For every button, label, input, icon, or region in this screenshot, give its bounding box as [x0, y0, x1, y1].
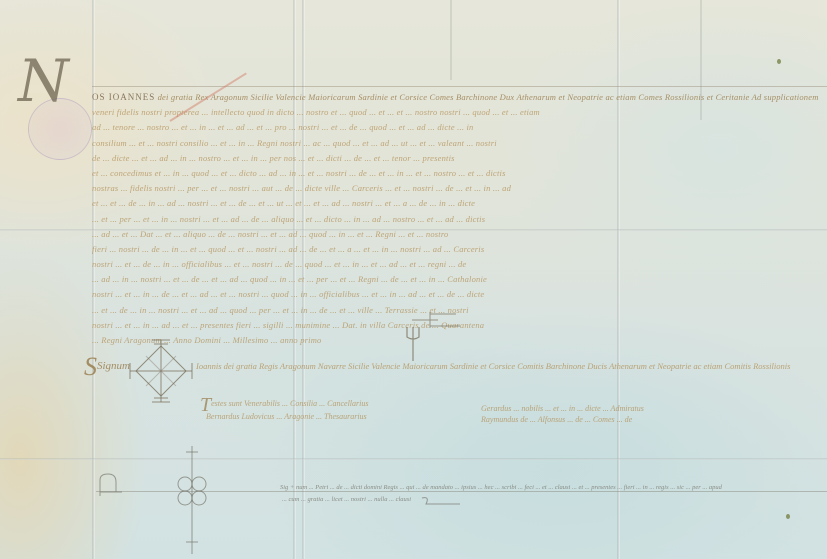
fold-line [0, 458, 827, 460]
text-line: nostras ... fidelis nostri ... per ... e… [92, 181, 827, 196]
decorated-initial: N [18, 52, 67, 110]
witness-list-right: Gerardus ... nobilis ... et ... in ... d… [481, 403, 644, 425]
text-line: ad ... tenore ... nostro ... et ... in .… [92, 120, 827, 135]
text-line: et ... et ... de ... in ... ad ... nostr… [92, 196, 827, 211]
crease [450, 0, 452, 80]
royal-signum-cross-icon [126, 336, 196, 406]
text-line: veneri fidelis nostri propterea ... inte… [92, 105, 827, 120]
flourish-icon [420, 494, 480, 508]
trident-mark-icon [403, 323, 423, 363]
notary-mark-icon [96, 470, 126, 500]
ink-stain [786, 514, 790, 519]
text-line: fieri ... nostri ... de ... in ... et ..… [92, 242, 827, 257]
notarial-knot-signum-icon [170, 446, 214, 556]
signum-label: SSignum [84, 352, 130, 382]
text-line: nostri ... et ... in ... de ... et ... a… [92, 287, 827, 302]
ink-stain [777, 59, 781, 64]
signum-initial: S [84, 352, 97, 381]
text-line: de ... dicte ... et ... ad ... in ... no… [92, 151, 827, 166]
signum-text: Ioannis dei gratia Regis Aragonum Navarr… [196, 361, 826, 371]
text-line: ... et ... per ... et ... in ... nostri … [92, 212, 827, 227]
text-line: OS IOANNES dei gratia Rex Aragonum Sicil… [92, 90, 827, 105]
text-line: ... ad ... in ... nostri ... et ... de .… [92, 272, 827, 287]
intitulatio: OS IOANNES [92, 92, 155, 102]
witness-list-left: Testes sunt Venerabilis ... Consilia ...… [200, 398, 368, 422]
text-line: nostri ... et ... de ... in ... official… [92, 257, 827, 272]
parchment-charter: N OS IOANNES dei gratia Rex Aragonum Sic… [0, 0, 827, 559]
text-line: et ... concedimus et ... in ... quod ...… [92, 166, 827, 181]
ruling-line [92, 86, 827, 87]
text-line: ... ad ... et ... Dat ... et ... aliquo … [92, 227, 827, 242]
text-line: consilium ... et ... nostri consilio ...… [92, 136, 827, 151]
notarial-subscription-line: ... cum ... gratia ... licet ... nostri … [282, 496, 411, 503]
notarial-subscription-line: Sig + num ... Petri ... de ... dicti dom… [280, 484, 827, 491]
